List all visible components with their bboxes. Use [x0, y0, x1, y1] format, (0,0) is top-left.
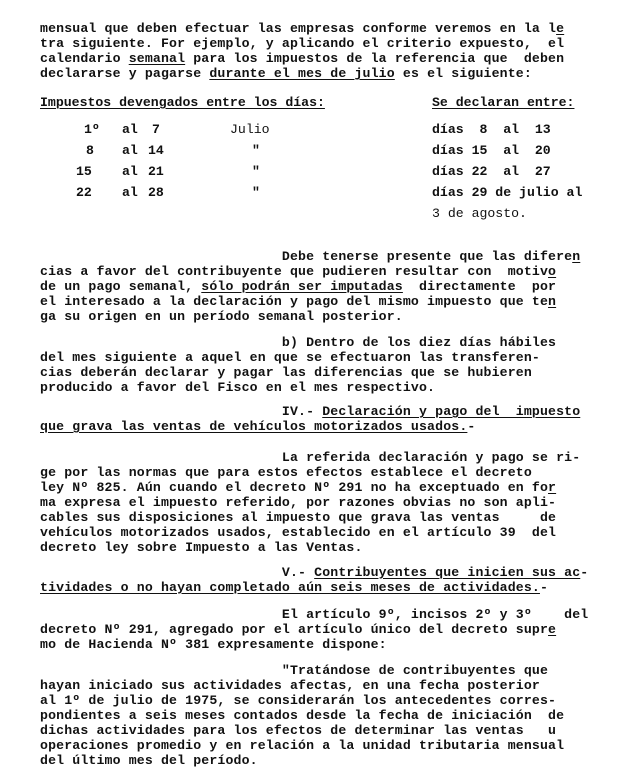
- row-al: al: [122, 144, 138, 158]
- schedule-extra: 3 de agosto.: [432, 207, 527, 221]
- para-iv-line-5: cables sus disposiciones al impuesto que…: [40, 511, 556, 525]
- para-v-line-3: mo de Hacienda Nº 381 expresamente dispo…: [40, 638, 387, 652]
- section-iv-heading-2: que grava las ventas de vehículos motori…: [40, 420, 475, 434]
- schedule-header-right: Se declaran entre:: [432, 96, 574, 110]
- intro-line-1: mensual que deben efectuar las empresas …: [40, 22, 564, 36]
- row-to: 7: [152, 123, 160, 137]
- row-to: 28: [148, 186, 164, 200]
- row-declared: días 15 al 20: [432, 144, 551, 158]
- row-al: al: [122, 165, 138, 179]
- row-al: al: [122, 123, 138, 137]
- para-v-line-2: decreto Nº 291, agregado por el artículo…: [40, 623, 556, 637]
- para-iv-line-4: ma expresa el impuesto referido, por raz…: [40, 496, 556, 510]
- quote-line-4: pondientes a seis meses contados desde l…: [40, 709, 564, 723]
- row-to: 21: [148, 165, 164, 179]
- intro-line-4: declararse y pagarse durante el mes de j…: [40, 67, 532, 81]
- diferencias-line-2: cias a favor del contribuyente que pudie…: [40, 265, 556, 279]
- quote-line-3: al 1º de julio de 1975, se considerarán …: [40, 694, 556, 708]
- section-iv-heading-1: IV.- Declaración y pago del impuesto: [40, 405, 580, 419]
- para-b-line-4: producido a favor del Fisco en el mes re…: [40, 381, 435, 395]
- section-v-heading-2: tividades o no hayan completado aún seis…: [40, 581, 548, 595]
- quote-line-2: hayan iniciado sus actividades afectas, …: [40, 679, 540, 693]
- row-declared: días 29 de julio al: [432, 186, 582, 200]
- para-v-line-1: El artículo 9º, incisos 2º y 3º del: [40, 608, 588, 622]
- diferencias-line-5: ga su origen en un período semanal poste…: [40, 310, 403, 324]
- diferencias-line-4: el interesado a la declaración y pago de…: [40, 295, 556, 309]
- row-month: Julio: [230, 123, 270, 137]
- row-from: 22: [76, 186, 92, 200]
- schedule-header-left: Impuestos devengados entre los días:: [40, 96, 325, 110]
- row-from: 1º: [84, 123, 100, 137]
- intro-line-2: tra siguiente. For ejemplo, y aplicando …: [40, 37, 564, 51]
- quote-line-5: dichas actividades para los efectos de d…: [40, 724, 556, 738]
- para-b-line-1: b) Dentro de los diez días hábiles: [40, 336, 556, 350]
- row-declared: días 22 al 27: [432, 165, 551, 179]
- document-page: mensual que deben efectuar las empresas …: [0, 0, 630, 783]
- quote-line-7: del último mes del período.: [40, 754, 258, 768]
- para-iv-line-2: ge por las normas que para estos efectos…: [40, 466, 532, 480]
- row-from: 8: [86, 144, 94, 158]
- row-to: 14: [148, 144, 164, 158]
- diferencias-line-3: de un pago semanal, sólo podrán ser impu…: [40, 280, 556, 294]
- quote-line-1: "Tratándose de contribuyentes que: [40, 664, 548, 678]
- row-month: ": [252, 144, 260, 158]
- para-iv-line-7: decreto ley sobre Impuesto a las Ventas.: [40, 541, 363, 555]
- para-b-line-3: cias deberán declarar y pagar las difere…: [40, 366, 532, 380]
- para-iv-line-1: La referida declaración y pago se ri-: [40, 451, 580, 465]
- row-al: al: [122, 186, 138, 200]
- diferencias-line-1: Debe tenerse presente que las diferen: [40, 250, 580, 264]
- row-month: ": [252, 165, 260, 179]
- para-iv-line-3: ley Nº 825. Aún cuando el decreto Nº 291…: [40, 481, 556, 495]
- para-b-line-2: del mes siguiente a aquel en que se efec…: [40, 351, 540, 365]
- quote-line-6: operaciones promedio y en relación a la …: [40, 739, 564, 753]
- row-from: 15: [76, 165, 92, 179]
- intro-line-3: calendario semanal para los impuestos de…: [40, 52, 564, 66]
- section-v-heading-1: V.- Contribuyentes que inicien sus ac-: [40, 566, 588, 580]
- row-declared: días 8 al 13: [432, 123, 551, 137]
- row-month: ": [252, 186, 260, 200]
- para-iv-line-6: vehículos motorizados usados, establecid…: [40, 526, 556, 540]
